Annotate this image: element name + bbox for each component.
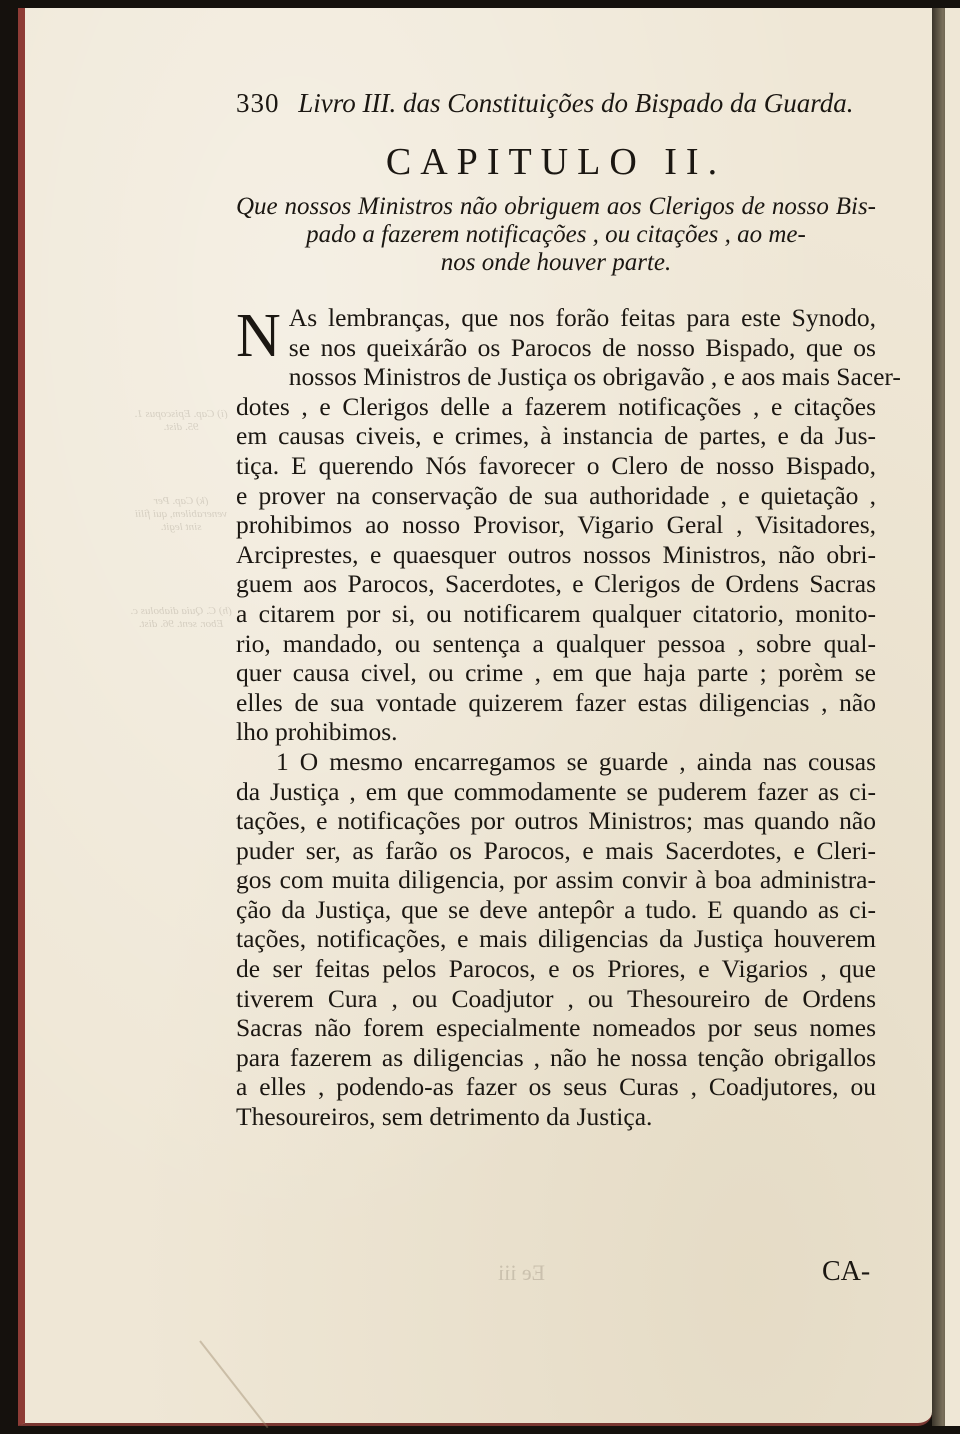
text-line: gos com muita diligencia, por assim conv… [236, 865, 876, 895]
text-line: se nos queixárão os Parocos de nosso Bis… [236, 333, 876, 363]
text-line: lho prohibimos. [236, 717, 876, 747]
text-line: dotes , e Clerigos delle a fazerem notif… [236, 392, 876, 422]
text-line: quer causa civel, ou crime , em que haja… [236, 658, 876, 688]
text-line: 1 O mesmo encarregamos se guarde , ainda… [236, 747, 876, 777]
text-line: e prover na conservação de sua authorida… [236, 481, 876, 511]
text-line: da Justiça , em que commodamente se pude… [236, 777, 876, 807]
text-line: prohibimos ao nosso Provisor, Vigario Ge… [236, 510, 876, 540]
text-line: ção da Justiça, que se deve antepôr a tu… [236, 895, 876, 925]
text-line: tiverem Cura , ou Coadjutor , ou Thesour… [236, 984, 876, 1014]
text-line: Sacras não forem especialmente nomeados … [236, 1013, 876, 1043]
running-head: 330 Livro III. das Constituições do Bisp… [236, 88, 876, 119]
catchword: CA- [822, 1256, 870, 1288]
text-line: a citarem por si, ou notificarem qualque… [236, 599, 876, 629]
text-line: em causas civeis, e crimes, à instancia … [236, 421, 876, 451]
drop-cap: N [236, 309, 281, 363]
text-line: tiça. E querendo Nós favorecer o Clero d… [236, 451, 876, 481]
chapter-title-line: pado a fazerem notificações , ou citaçõe… [236, 221, 876, 249]
text-line: rio, mandado, ou sentença a qualquer pes… [236, 629, 876, 659]
text-line: guem aos Parocos, Sacerdotes, e Clerigos… [236, 569, 876, 599]
text-line: Thesoureiros, sem detrimento da Justiça. [236, 1102, 876, 1132]
bleed-signature: Ee iii [498, 1260, 545, 1286]
bleed-margin-note: (k) Cap. Per venerabilem, qui filii sint… [128, 495, 234, 534]
text-line: tações, e notificações por outros Minist… [236, 806, 876, 836]
bleed-margin-note: (i) Cap. Episcopus 1. 95. dist. [128, 408, 234, 434]
page-number: 330 [236, 88, 280, 118]
chapter-heading: CAPITULO II. [236, 140, 876, 184]
text-line: As lembranças, que nos forão feitas para… [236, 303, 876, 333]
text-line: elles de sua vontade quizerem fazer esta… [236, 688, 876, 718]
text-line: a elles , podendo-as fazer os seus Curas… [236, 1072, 876, 1102]
next-page-edge [945, 8, 960, 1426]
chapter-title: Que nossos Ministros não obriguem aos Cl… [236, 193, 876, 277]
text-line: Arciprestes, e quaesquer outros nossos M… [236, 540, 876, 570]
bleed-margin-note: (h) C. Quia diabolus c. Ebor. sent. 96. … [128, 605, 234, 631]
chapter-title-line: nos onde houver parte. [236, 249, 876, 277]
chapter-title-line: Que nossos Ministros não obriguem aos Cl… [236, 193, 876, 221]
text-line: de ser feitas pelos Parocos, e os Priore… [236, 954, 876, 984]
text-line: para fazerem as diligencias , não he nos… [236, 1043, 876, 1073]
text-line: nossos Ministros de Justiça os obrigavão… [236, 362, 876, 392]
text-line: puder ser, as farão os Parocos, e mais S… [236, 836, 876, 866]
body-text: N As lembranças, que nos forão feitas pa… [236, 303, 876, 1132]
text-line: tações, notificações, e mais diligencias… [236, 924, 876, 954]
running-title: Livro III. das Constituições do Bispado … [298, 88, 853, 118]
